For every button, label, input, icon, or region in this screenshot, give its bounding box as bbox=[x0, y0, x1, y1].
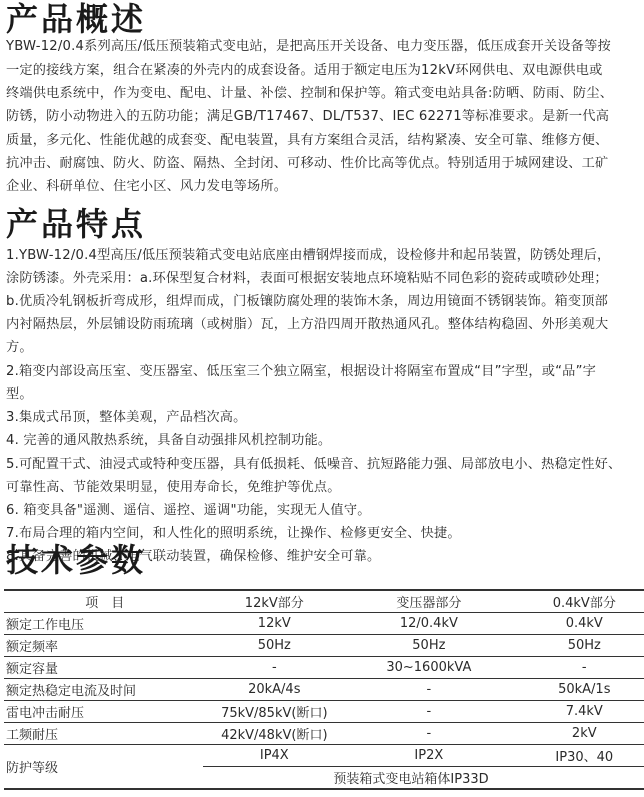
features-title: 产品特点 bbox=[6, 206, 146, 242]
cell: - bbox=[345, 723, 512, 745]
cell: 50Hz bbox=[203, 635, 345, 657]
table-header-row: 项 目 12kV部分 变压器部分 0.4kV部分 bbox=[4, 590, 644, 613]
cell: 50Hz bbox=[345, 635, 512, 657]
cell: - bbox=[203, 657, 345, 679]
table-row-protection: 防护等级 IP4X IP2X IP30、40 bbox=[4, 745, 644, 767]
cell: IP30、40 bbox=[513, 745, 644, 767]
features-line: 方。 bbox=[6, 338, 33, 358]
overview-line: 质量，多元化、性能优越的成套变、配电装置，具有方案组合灵活，结构紧凑、安全可靠、… bbox=[6, 131, 608, 151]
overview-title: 产品概述 bbox=[6, 1, 146, 37]
cell: IP4X bbox=[203, 745, 345, 767]
overview-line: 企业、科研单位、住宅小区、风力发电等场所。 bbox=[6, 177, 287, 197]
features-line: b.优质冷轧钢板折弯成形，组焊而成，门板镶防腐处理的装饰木条，周边用镜面不锈钢装… bbox=[6, 292, 608, 312]
cell: 30~1600kVA bbox=[345, 657, 512, 679]
features-line: 型。 bbox=[6, 385, 33, 405]
cell: - bbox=[345, 701, 512, 723]
cell: 12/0.4kV bbox=[345, 613, 512, 635]
features-line: 2.箱变内部设高压室、变压器室、低压室三个独立隔室，根据设计将隔室布置成“目”字… bbox=[6, 362, 596, 382]
features-line: 1.YBW-12/0.4型高压/低压预装箱式变电站底座由槽钢焊接而成，设检修井和… bbox=[6, 246, 610, 266]
table-row: 额定工作电压 12kV 12/0.4kV 0.4kV bbox=[4, 613, 644, 635]
cell: 7.4kV bbox=[513, 701, 644, 723]
overview-line: 一定的接线方案，组合在紧凑的外壳内的成套设备。适用于额定电压为12kV环网供电、… bbox=[6, 61, 603, 81]
features-line: 5.可配置干式、油浸式或特种变压器，具有低损耗、低噪音、抗短路能力强、局部放电小… bbox=[6, 455, 621, 475]
row-label: 工频耐压 bbox=[4, 723, 203, 745]
cell: 42kV/48kV(断口) bbox=[203, 723, 345, 745]
row-label: 额定热稳定电流及时间 bbox=[4, 679, 203, 701]
cell: 75kV/85kV(断口) bbox=[203, 701, 345, 723]
row-label: 额定频率 bbox=[4, 635, 203, 657]
features-line: 4. 完善的通风散热系统，具备自动强排风机控制功能。 bbox=[6, 431, 331, 451]
overview-line: 终端供电系统中，作为变电、配电、计量、补偿、控制和保护等。箱式变电站具备:防晒、… bbox=[6, 84, 613, 104]
header-transformer: 变压器部分 bbox=[345, 590, 512, 613]
overview-line: 抗冲击、耐腐蚀、防火、防盗、隔热、全封闭、可移动、性价比高等优点。特别适用于城网… bbox=[6, 154, 608, 174]
header-item: 项 目 bbox=[4, 590, 203, 613]
table-row: 额定频率 50Hz 50Hz 50Hz bbox=[4, 635, 644, 657]
overview-line: YBW-12/0.4系列高压/低压预装箱式变电站，是把高压开关设备、电力变压器，… bbox=[6, 37, 611, 57]
specs-table: 项 目 12kV部分 变压器部分 0.4kV部分 额定工作电压 12kV 12/… bbox=[4, 589, 644, 790]
header-12kv: 12kV部分 bbox=[203, 590, 345, 613]
row-label: 防护等级 bbox=[4, 745, 203, 790]
table-row: 额定容量 - 30~1600kVA - bbox=[4, 657, 644, 679]
features-line: 3.集成式吊顶，整体美观，产品档次高。 bbox=[6, 408, 247, 428]
features-line: 可靠性高、节能效果明显，使用寿命长，免维护等优点。 bbox=[6, 478, 341, 498]
cell: 0.4kV bbox=[513, 613, 644, 635]
cell: 50kA/1s bbox=[513, 679, 644, 701]
features-line: 涂防锈漆。外壳采用：a.环保型复合材料，表面可根据安装地点环境粘贴不同色彩的瓷砖… bbox=[6, 269, 608, 289]
cell: IP2X bbox=[345, 745, 512, 767]
cell: 12kV bbox=[203, 613, 345, 635]
cell: 2kV bbox=[513, 723, 644, 745]
row-label: 额定容量 bbox=[4, 657, 203, 679]
cell-enclosure: 预装箱式变电站箱体IP33D bbox=[203, 767, 644, 790]
features-line: 6. 箱变具备"遥测、遥信、遥控、遥调"功能，实现无人值守。 bbox=[6, 501, 371, 521]
table-row: 雷电冲击耐压 75kV/85kV(断口) - 7.4kV bbox=[4, 701, 644, 723]
cell: 50Hz bbox=[513, 635, 644, 657]
header-04kv: 0.4kV部分 bbox=[513, 590, 644, 613]
cell: - bbox=[513, 657, 644, 679]
cell: 20kA/4s bbox=[203, 679, 345, 701]
overview-line: 防锈，防小动物进入的五防功能；满足GB/T17467、DL/T537、IEC 6… bbox=[6, 107, 609, 127]
row-label: 额定工作电压 bbox=[4, 613, 203, 635]
table-row: 工频耐压 42kV/48kV(断口) - 2kV bbox=[4, 723, 644, 745]
features-line: 内衬隔热层，外层铺设防雨琉璃（或树脂）瓦，上方沿四周开散热通风孔。整体结构稳固、… bbox=[6, 315, 608, 335]
specs-title: 技术参数 bbox=[6, 542, 146, 578]
cell: - bbox=[345, 679, 512, 701]
row-label: 雷电冲击耐压 bbox=[4, 701, 203, 723]
table-row: 额定热稳定电流及时间 20kA/4s - 50kA/1s bbox=[4, 679, 644, 701]
